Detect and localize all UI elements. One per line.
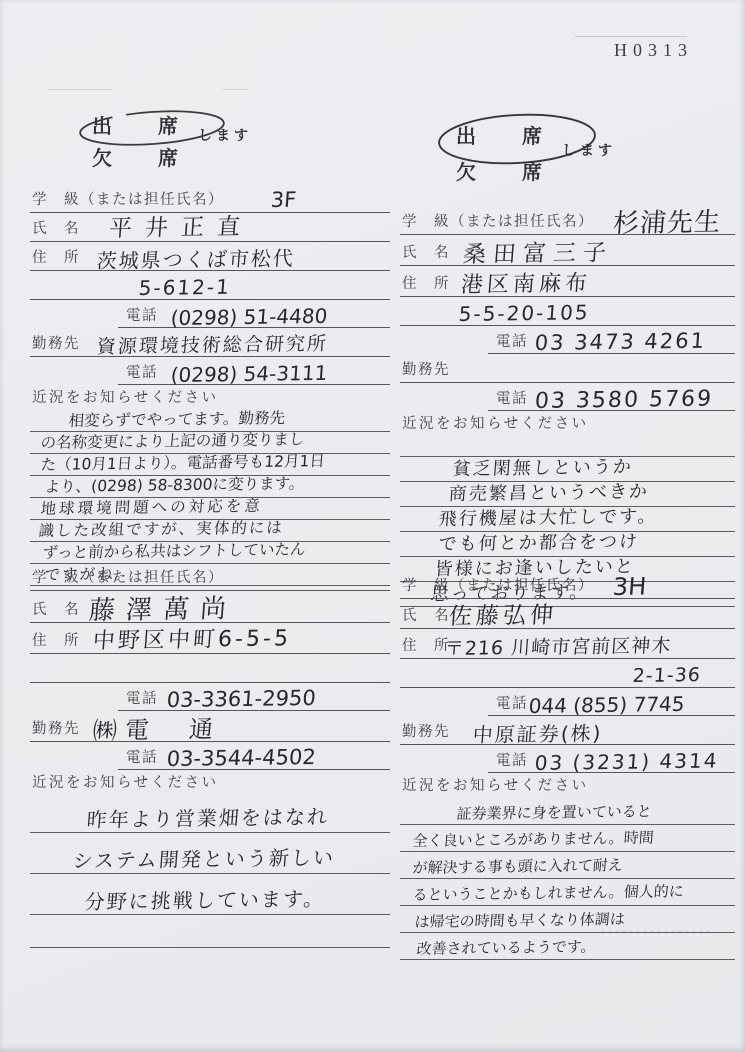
scanned-form-page: H0313 出席 します 欠席 学 級（または担任氏名） 3F 氏 名 平井正直 [0, 0, 745, 1052]
message-line: 分野に挑戦しています。 [30, 874, 390, 915]
address2-value: 5-5-20-105 [458, 302, 590, 324]
news-prompt-label: 近況をお知らせください [32, 386, 219, 407]
workplace-phone-value: 03-3544-4502 [166, 747, 316, 770]
class-label: 学 級（または担任氏名） [402, 574, 594, 595]
message-line [400, 436, 735, 457]
field-row-phone: 電話 03-3361-2950 [30, 683, 390, 711]
message-line [30, 915, 390, 948]
class-value: 3H [612, 575, 647, 599]
field-row-address: 住 所 〒216 川崎市宮前区神木 [400, 629, 735, 659]
workplace-label: 勤務先 [402, 720, 450, 741]
field-row-address: 住 所 港区南麻布 [400, 266, 735, 297]
attendance-group: 出席 します 欠席 [30, 112, 390, 172]
phone-label: 電話 [496, 749, 528, 770]
field-row-workplace-phone: 電話 03 (3231) 4314 [400, 745, 735, 773]
address2-value: 2-1-36 [632, 666, 702, 686]
address2-value: 5-612-1 [138, 277, 232, 298]
scan-artifact-line [48, 89, 112, 90]
class-value: 3F [270, 190, 297, 211]
address-label: 住 所 [32, 629, 80, 650]
workplace-phone-value: (0298) 54-3111 [170, 363, 328, 385]
message-line: 商売繁昌というべきか [400, 482, 735, 507]
name-value: 佐藤弘伸 [448, 604, 558, 629]
news-prompt-row: 近況をお知らせください [30, 385, 390, 410]
form-section: 学 級（または担任氏名） 3H 氏 名 佐藤弘伸 住 所 〒216 川崎市宮前区… [400, 568, 735, 960]
field-row-workplace-phone: 電話 03-3544-4502 [30, 742, 390, 770]
workplace-value: 中原証券(株) [472, 723, 603, 745]
field-row-phone: 電話 (0298) 51-4480 [30, 300, 390, 328]
news-prompt-row: 近況をお知らせください [400, 773, 735, 798]
news-prompt-row: 近況をお知らせください [400, 411, 735, 436]
workplace-label: 勤務先 [402, 358, 450, 379]
phone-label: 電話 [126, 361, 158, 382]
workplace-label: 勤務先 [32, 332, 80, 353]
field-row-workplace-phone: 電話 03 3580 5769 [400, 383, 735, 411]
scan-artifact-line [222, 89, 248, 90]
message-line: ずっと前から私共はシフトしていたん [30, 542, 390, 564]
field-row-class: 学 級（または担任氏名） 3F [30, 182, 390, 213]
workplace-label: 勤務先 [32, 717, 80, 738]
phone-value: 044 (855) 7745 [528, 694, 685, 716]
phone-label: 電話 [126, 687, 158, 708]
class-label: 学 級（または担任氏名） [402, 210, 594, 231]
phone-value: (0298) 51-4480 [170, 306, 328, 328]
field-row-phone: 電話 044 (855) 7745 [400, 688, 735, 716]
attend-suffix-label: します [198, 129, 252, 144]
message-line: 地球環境問題への対応を意 [30, 498, 390, 520]
phone-value: 03-3361-2950 [166, 688, 316, 711]
message-line: 識した改組ですが、実体的には [30, 520, 390, 542]
phone-value: 03 3473 4261 [534, 331, 707, 354]
field-row-name: 氏 名 桑田富三子 [400, 235, 735, 266]
field-row-workplace: 勤務先 資源環境技術総合研究所 [30, 328, 390, 357]
field-row-phone: 電話 03 3473 4261 [400, 326, 735, 354]
attend-suffix-label: します [562, 144, 616, 159]
address-value: 中野区中町6-5-5 [92, 628, 292, 653]
absent-label: 欠席 [456, 162, 588, 184]
field-row-workplace: 勤務先 [400, 354, 735, 383]
message-line: 貧乏閑無しというか [400, 457, 735, 482]
news-prompt-label: 近況をお知らせください [32, 771, 219, 792]
message-line: でも何とか都合をつけ [400, 532, 735, 557]
name-label: 氏 名 [402, 241, 450, 262]
message-line: 全く良いところがありません。時間 [400, 825, 735, 852]
phone-label: 電話 [496, 330, 528, 351]
message-line: 改善されているようです。 [400, 933, 735, 960]
phone-label: 電話 [126, 304, 158, 325]
message-line: た（10月1日より）。電話番号も12月1日 [30, 454, 390, 476]
absent-option: 欠席 [456, 158, 588, 188]
message-line: 昨年より営業畑をはなれ [30, 795, 390, 833]
class-label: 学 級（または担任氏名） [32, 566, 224, 587]
name-label: 氏 名 [402, 604, 450, 625]
message-line: より、(0298) 58-8300に変ります。 [30, 476, 390, 498]
message-line: 飛行機屋は大忙しです。 [400, 507, 735, 532]
class-value: 杉浦先生 [612, 209, 722, 237]
class-label: 学 級（または担任氏名） [32, 188, 224, 209]
phone-label: 電話 [496, 692, 528, 713]
workplace-value: 資源環境技術総合研究所 [96, 335, 329, 357]
scan-artifact-line [575, 36, 687, 37]
address-label: 住 所 [32, 246, 80, 267]
news-prompt-label: 近況をお知らせください [402, 774, 589, 795]
field-row-address2: 2-1-36 [400, 659, 735, 688]
attendance-group: 出席 します 欠席 [400, 122, 735, 188]
field-row-address: 住 所 茨城県つくば市松代 [30, 242, 390, 271]
field-row-address: 住 所 中野区中町6-5-5 [30, 623, 390, 654]
message-line: は帰宅の時間も早くなり体調は [400, 906, 735, 933]
name-label: 氏 名 [32, 217, 80, 238]
absent-label: 欠席 [92, 148, 224, 170]
message-area: 証券業界に身を置いていると 全く良いところがありません。時間 が解決する事も頭に… [400, 798, 735, 960]
message-area: 相変らずでやってます。勤務先 の名称変更により上記の通り変りまし た（10月1日… [30, 410, 390, 586]
field-row-class: 学 級（または担任氏名） 3H [400, 568, 735, 599]
field-row-address2: 5-5-20-105 [400, 297, 735, 326]
news-prompt-label: 近況をお知らせください [402, 412, 589, 433]
field-row-class: 学 級（または担任氏名） [30, 562, 390, 591]
message-line: 相変らずでやってます。勤務先 [30, 410, 390, 432]
phone-label: 電話 [126, 746, 158, 767]
message-line: の名称変更により上記の通り変りまし [30, 432, 390, 454]
name-value: 平井正直 [108, 216, 254, 241]
message-line: が解決する事も頭に入れて耐え [400, 852, 735, 879]
address-label: 住 所 [402, 272, 450, 293]
form-section: 学 級（または担任氏名） 氏 名 藤澤萬尚 住 所 中野区中町6-5-5 電話 … [30, 562, 390, 948]
address-value: 港区南麻布 [460, 273, 592, 297]
name-label: 氏 名 [32, 598, 80, 619]
field-row-workplace-phone: 電話 (0298) 54-3111 [30, 357, 390, 385]
page-code: H0313 [614, 40, 693, 61]
field-row-name: 氏 名 平井正直 [30, 213, 390, 242]
workplace-phone-value: 03 3580 5769 [534, 389, 714, 413]
field-row-name: 氏 名 藤澤萬尚 [30, 591, 390, 623]
address-value: 茨城県つくば市松代 [96, 248, 296, 271]
phone-label: 電話 [496, 387, 528, 408]
workplace-phone-value: 03 (3231) 4314 [534, 750, 719, 773]
message-line: システム開発という新しい [30, 833, 390, 874]
field-row-workplace: 勤務先 ㈱電 通 [30, 711, 390, 742]
field-row-address2 [30, 654, 390, 683]
field-row-workplace: 勤務先 中原証券(株) [400, 716, 735, 745]
field-row-class: 学 級（または担任氏名） 杉浦先生 [400, 202, 735, 235]
field-row-address2: 5-612-1 [30, 271, 390, 300]
news-prompt-row: 近況をお知らせください [30, 770, 390, 795]
field-row-name: 氏 名 佐藤弘伸 [400, 599, 735, 629]
message-area: 昨年より営業畑をはなれ システム開発という新しい 分野に挑戦しています。 [30, 795, 390, 948]
absent-option: 欠席 [92, 144, 224, 174]
name-value: 桑田富三子 [462, 242, 614, 267]
name-value: 藤澤萬尚 [88, 596, 238, 624]
address-label: 住 所 [402, 634, 450, 655]
message-line: るということかもしれません。個人的に [400, 879, 735, 906]
workplace-value: ㈱電 通 [92, 717, 222, 743]
address-value: 〒216 川崎市宮前区神木 [444, 637, 672, 659]
form-section: 出席 します 欠席 学 級（または担任氏名） 3F 氏 名 平井正直 住 所 茨… [30, 112, 390, 586]
form-section: 出席 します 欠席 学 級（または担任氏名） 杉浦先生 氏 名 桑田富三子 住 … [400, 122, 735, 607]
message-line: 証券業界に身を置いていると [400, 798, 735, 825]
